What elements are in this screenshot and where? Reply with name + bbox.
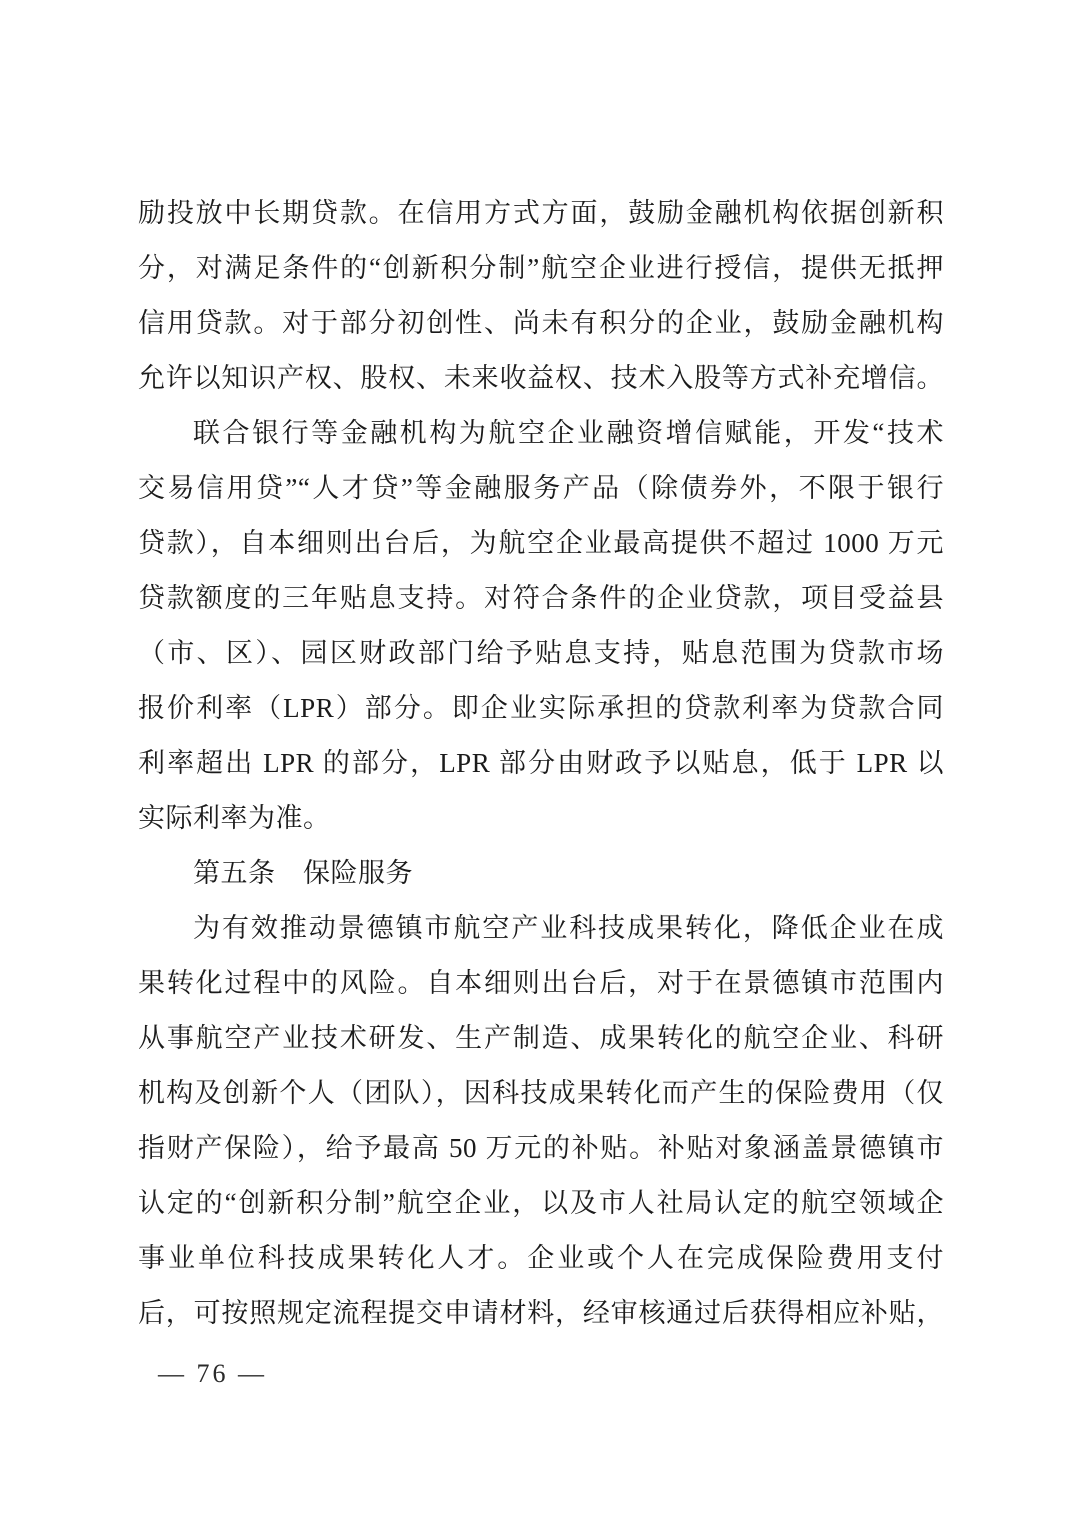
document-line: 事业单位科技成果转化人才。企业或个人在完成保险费用支付 bbox=[138, 1231, 944, 1286]
document-line: （市、区）、园区财政部门给予贴息支持，贴息范围为贷款市场 bbox=[138, 626, 944, 681]
document-line: 从事航空产业技术研发、生产制造、成果转化的航空企业、科研 bbox=[138, 1011, 944, 1066]
section-heading: 第五条 保险服务 bbox=[138, 846, 944, 901]
document-line: 允许以知识产权、股权、未来收益权、技术入股等方式补充增信。 bbox=[138, 351, 944, 406]
document-line: 励投放中长期贷款。在信用方式方面，鼓励金融机构依据创新积 bbox=[138, 186, 944, 241]
document-line: 分，对满足条件的“创新积分制”航空企业进行授信，提供无抵押 bbox=[138, 241, 944, 296]
document-line: 机构及创新个人（团队），因科技成果转化而产生的保险费用（仅 bbox=[138, 1066, 944, 1121]
document-line: 交易信用贷”“人才贷”等金融服务产品（除债券外，不限于银行 bbox=[138, 461, 944, 516]
document-line: 认定的“创新积分制”航空企业，以及市人社局认定的航空领域企 bbox=[138, 1176, 944, 1231]
document-line: 果转化过程中的风险。自本细则出台后，对于在景德镇市范围内 bbox=[138, 956, 944, 1011]
document-line: 指财产保险），给予最高 50 万元的补贴。补贴对象涵盖景德镇市 bbox=[138, 1121, 944, 1176]
document-line: 为有效推动景德镇市航空产业科技成果转化，降低企业在成 bbox=[138, 901, 944, 956]
document-line: 信用贷款。对于部分初创性、尚未有积分的企业，鼓励金融机构 bbox=[138, 296, 944, 351]
document-page: 励投放中长期贷款。在信用方式方面，鼓励金融机构依据创新积分，对满足条件的“创新积… bbox=[0, 0, 1074, 1520]
document-line: 贷款额度的三年贴息支持。对符合条件的企业贷款，项目受益县 bbox=[138, 571, 944, 626]
document-line: 利率超出 LPR 的部分，LPR 部分由财政予以贴息，低于 LPR 以 bbox=[138, 736, 944, 791]
page-number: — 76 — bbox=[158, 1356, 267, 1392]
document-line: 实际利率为准。 bbox=[138, 791, 944, 846]
document-line: 后，可按照规定流程提交申请材料，经审核通过后获得相应补贴， bbox=[138, 1286, 944, 1341]
document-line: 贷款），自本细则出台后，为航空企业最高提供不超过 1000 万元 bbox=[138, 516, 944, 571]
document-line: 联合银行等金融机构为航空企业融资增信赋能，开发“技术 bbox=[138, 406, 944, 461]
document-lines: 励投放中长期贷款。在信用方式方面，鼓励金融机构依据创新积分，对满足条件的“创新积… bbox=[138, 186, 944, 1341]
document-line: 报价利率（LPR）部分。即企业实际承担的贷款利率为贷款合同 bbox=[138, 681, 944, 736]
